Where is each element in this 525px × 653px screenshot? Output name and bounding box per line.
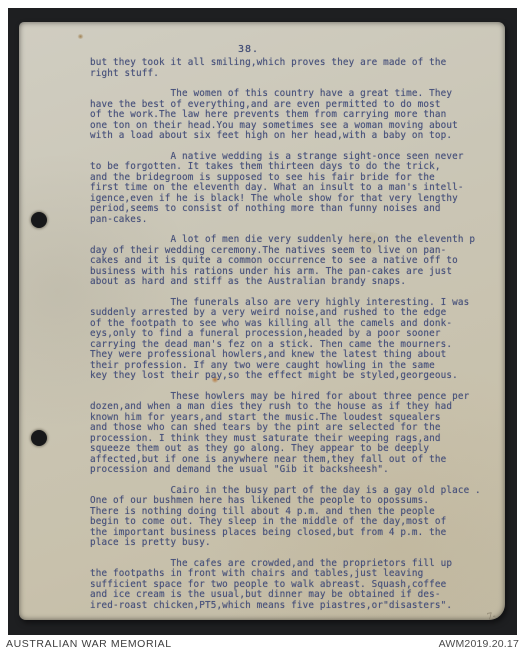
punch-hole-top	[31, 212, 47, 228]
typewritten-page: 38. but they took it all smiling,which p…	[19, 22, 505, 620]
archive-footer: AUSTRALIAN WAR MEMORIAL AWM2019.20.17	[0, 635, 525, 653]
archive-reference-number: AWM2019.20.17	[439, 638, 519, 650]
paragraph: These howlers may be hired for about thr…	[90, 392, 482, 476]
archive-name: AUSTRALIAN WAR MEMORIAL	[6, 638, 172, 650]
handwritten-pencil-mark: 7-	[486, 611, 496, 622]
paragraph: but they took it all smiling,which prove…	[90, 58, 482, 79]
punch-hole-bottom	[31, 430, 47, 446]
scanned-document-view: 38. but they took it all smiling,which p…	[0, 0, 525, 653]
photo-backdrop: 38. but they took it all smiling,which p…	[8, 8, 517, 635]
paper-stain	[77, 34, 84, 39]
page-number: 38.	[238, 44, 259, 55]
paragraph: The women of this country have a great t…	[90, 89, 482, 142]
paragraph: A lot of men die very suddenly here,on t…	[90, 235, 482, 288]
paragraph: The cafes are crowded,and the proprietor…	[90, 559, 482, 612]
paragraph: The funerals also are very highly intere…	[90, 298, 482, 382]
typed-text-block: but they took it all smiling,which prove…	[90, 58, 482, 611]
paragraph: Cairo in the busy part of the day is a g…	[90, 486, 482, 549]
paragraph: A native wedding is a strange sight-once…	[90, 152, 482, 226]
